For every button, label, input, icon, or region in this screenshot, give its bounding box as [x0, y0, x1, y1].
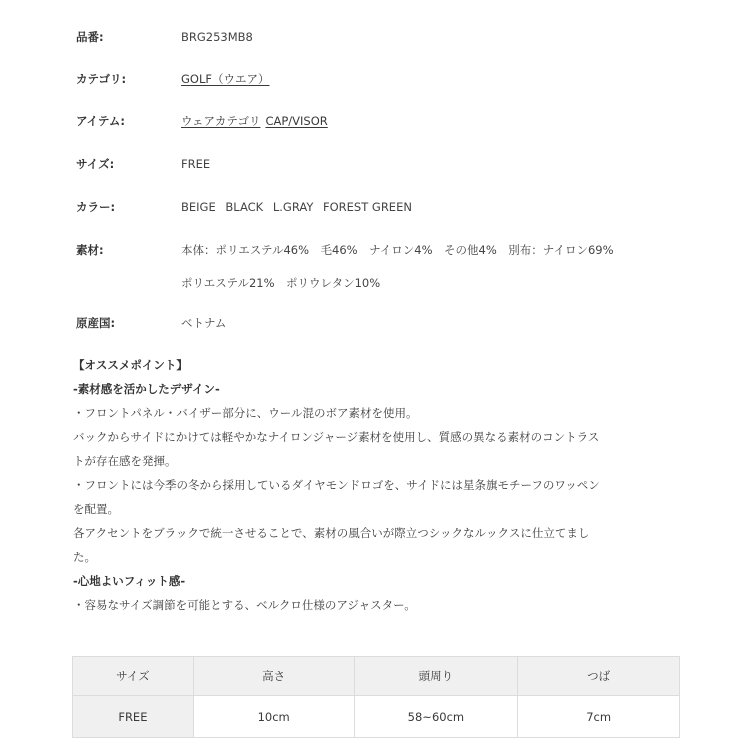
color-values: BEIGE BLACK L.GRAY FOREST GREEN [181, 198, 696, 216]
recommend-heading: 【オススメポイント】 [73, 353, 693, 377]
desc-text: た。 [73, 545, 693, 569]
size-value: FREE [181, 155, 696, 173]
color-option: BLACK [225, 200, 263, 214]
size-table-cell: 58~60cm [354, 696, 518, 738]
spec-row-origin: 原産国: ベトナム [76, 314, 696, 332]
spec-label: カテゴリ: [76, 70, 181, 88]
desc-subheading: -心地よいフィット感- [73, 569, 693, 593]
spec-row-color: カラー: BEIGE BLACK L.GRAY FOREST GREEN [76, 198, 696, 216]
category-value: GOLF（ウエア） [181, 70, 696, 88]
spec-label: サイズ: [76, 155, 181, 173]
size-table-header: 高さ [193, 657, 354, 696]
spec-label: カラー: [76, 198, 181, 216]
size-table-header-row: サイズ 高さ 頭周り つば [73, 657, 680, 696]
spec-label: アイテム: [76, 112, 181, 130]
desc-text: トが存在感を発揮。 [73, 449, 693, 473]
spec-label: 品番: [76, 28, 181, 46]
desc-subheading: -素材感を活かしたデザイン- [73, 377, 693, 401]
product-number-value: BRG253MB8 [181, 28, 696, 46]
desc-text: を配置。 [73, 497, 693, 521]
size-table-header: つば [518, 657, 680, 696]
material-value: 本体：ポリエステル46% 毛46% ナイロン4% その他4% 別布：ナイロン69… [181, 241, 696, 297]
size-table: サイズ 高さ 頭周り つば FREE 10cm 58~60cm 7cm [72, 656, 680, 738]
spec-row-product-number: 品番: BRG253MB8 [76, 28, 696, 46]
product-description: 【オススメポイント】 -素材感を活かしたデザイン- ・フロントパネル・バイザー部… [73, 353, 693, 617]
spec-label: 素材: [76, 241, 181, 297]
category-link-golf-wear[interactable]: GOLF（ウエア） [181, 72, 269, 86]
size-table-header: サイズ [73, 657, 194, 696]
color-option: FOREST GREEN [323, 200, 412, 214]
size-table-cell: FREE [73, 696, 194, 738]
size-table-cell: 7cm [518, 696, 680, 738]
size-table-header: 頭周り [354, 657, 518, 696]
spec-row-item: アイテム: ウェアカテゴリCAP/VISOR [76, 112, 696, 130]
material-line: ポリエステル21% ポリウレタン10% [181, 269, 696, 297]
item-link-wear-category[interactable]: ウェアカテゴリ [181, 114, 260, 128]
desc-text: ・フロントには今季の冬から採用しているダイヤモンドロゴを、サイドには星条旗モチー… [73, 473, 693, 497]
spec-row-material: 素材: 本体：ポリエステル46% 毛46% ナイロン4% その他4% 別布：ナイ… [76, 241, 696, 297]
item-value: ウェアカテゴリCAP/VISOR [181, 112, 696, 130]
desc-text: ・フロントパネル・バイザー部分に、ウール混のボア素材を使用。 [73, 401, 693, 425]
color-option: BEIGE [181, 200, 216, 214]
spec-row-category: カテゴリ: GOLF（ウエア） [76, 70, 696, 88]
origin-value: ベトナム [181, 314, 696, 332]
color-option: L.GRAY [273, 200, 314, 214]
desc-text: 各アクセントをブラックで統一させることで、素材の風合いが際立つシックなルックスに… [73, 521, 693, 545]
material-line: 本体：ポリエステル46% 毛46% ナイロン4% その他4% 別布：ナイロン69… [181, 241, 696, 259]
spec-row-size: サイズ: FREE [76, 155, 696, 173]
spec-label: 原産国: [76, 314, 181, 332]
desc-text: バックからサイドにかけては軽やかなナイロンジャージ素材を使用し、質感の異なる素材… [73, 425, 693, 449]
size-table-cell: 10cm [193, 696, 354, 738]
item-link-cap-visor[interactable]: CAP/VISOR [265, 114, 327, 128]
desc-text: ・容易なサイズ調節を可能とする、ベルクロ仕様のアジャスター。 [73, 593, 693, 617]
table-row: FREE 10cm 58~60cm 7cm [73, 696, 680, 738]
